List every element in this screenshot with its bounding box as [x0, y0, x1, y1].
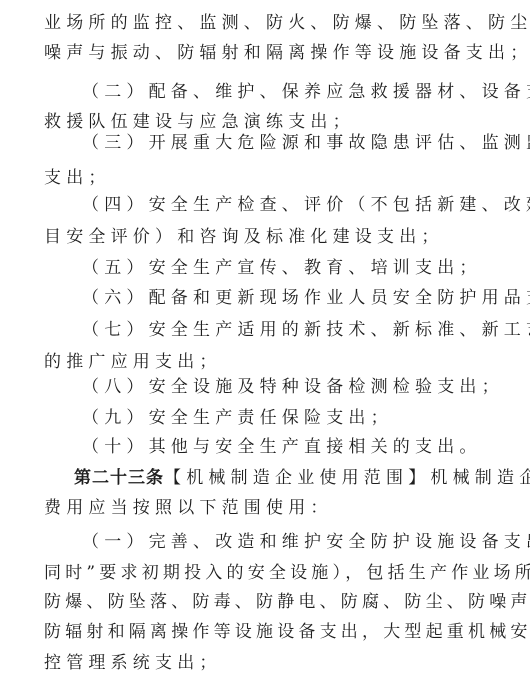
article-body: 机械制造企业安全 [430, 468, 530, 488]
text-line: 目安全评价）和咨询及标准化建设支出； [44, 222, 474, 252]
list-item-1: （一）完善、改造和维护安全防护设施设备支出（不含“三 [82, 527, 512, 557]
article-heading: 第二十三条【机械制造企业使用范围】机械制造企业安全 [74, 463, 504, 493]
list-item-8: （八）安全设施及特种设备检测检验支出； [82, 372, 512, 402]
list-item-3: （三）开展重大危险源和事故隐患评估、监测监控和整改 [82, 128, 512, 158]
text-line: 噪声与振动、防辐射和隔离操作等设施设备支出； [44, 38, 474, 68]
list-item-6: （六）配备和更新现场作业人员安全防护用品支出； [82, 283, 512, 313]
text-line: 支出； [44, 163, 474, 193]
list-item-7: （七）安全生产适用的新技术、新标准、新工艺、新装备 [82, 315, 512, 345]
text-line: 防辐射和隔离操作等设施设备支出，大型起重机械安装安全监 [44, 617, 474, 647]
list-item-5: （五）安全生产宣传、教育、培训支出； [82, 253, 512, 283]
text-line: 同时”要求初期投入的安全设施），包括生产作业场所的防火、 [44, 558, 474, 588]
text-line: 业场所的监控、监测、防火、防爆、防坠落、防尘、防毒、防 [44, 8, 474, 38]
article-title: 【机械制造企业使用范围】 [164, 468, 430, 488]
list-item-4: （四）安全生产检查、评价（不包括新建、改建、扩建项 [82, 190, 512, 220]
text-line: 防爆、防坠落、防毒、防静电、防腐、防尘、防噪声与振动、 [44, 587, 474, 617]
text-line: 费用应当按照以下范围使用： [44, 493, 474, 523]
document-page: 业场所的监控、监测、防火、防爆、防坠落、防尘、防毒、防 噪声与振动、防辐射和隔离… [0, 0, 530, 678]
article-number: 第二十三条 [74, 468, 164, 488]
list-item-10: （十）其他与安全生产直接相关的支出。 [82, 432, 512, 462]
text-line: 控管理系统支出； [44, 648, 474, 678]
list-item-9: （九）安全生产责任保险支出； [82, 403, 512, 433]
list-item-2: （二）配备、维护、保养应急救援器材、设备支出和应急 [82, 77, 512, 107]
